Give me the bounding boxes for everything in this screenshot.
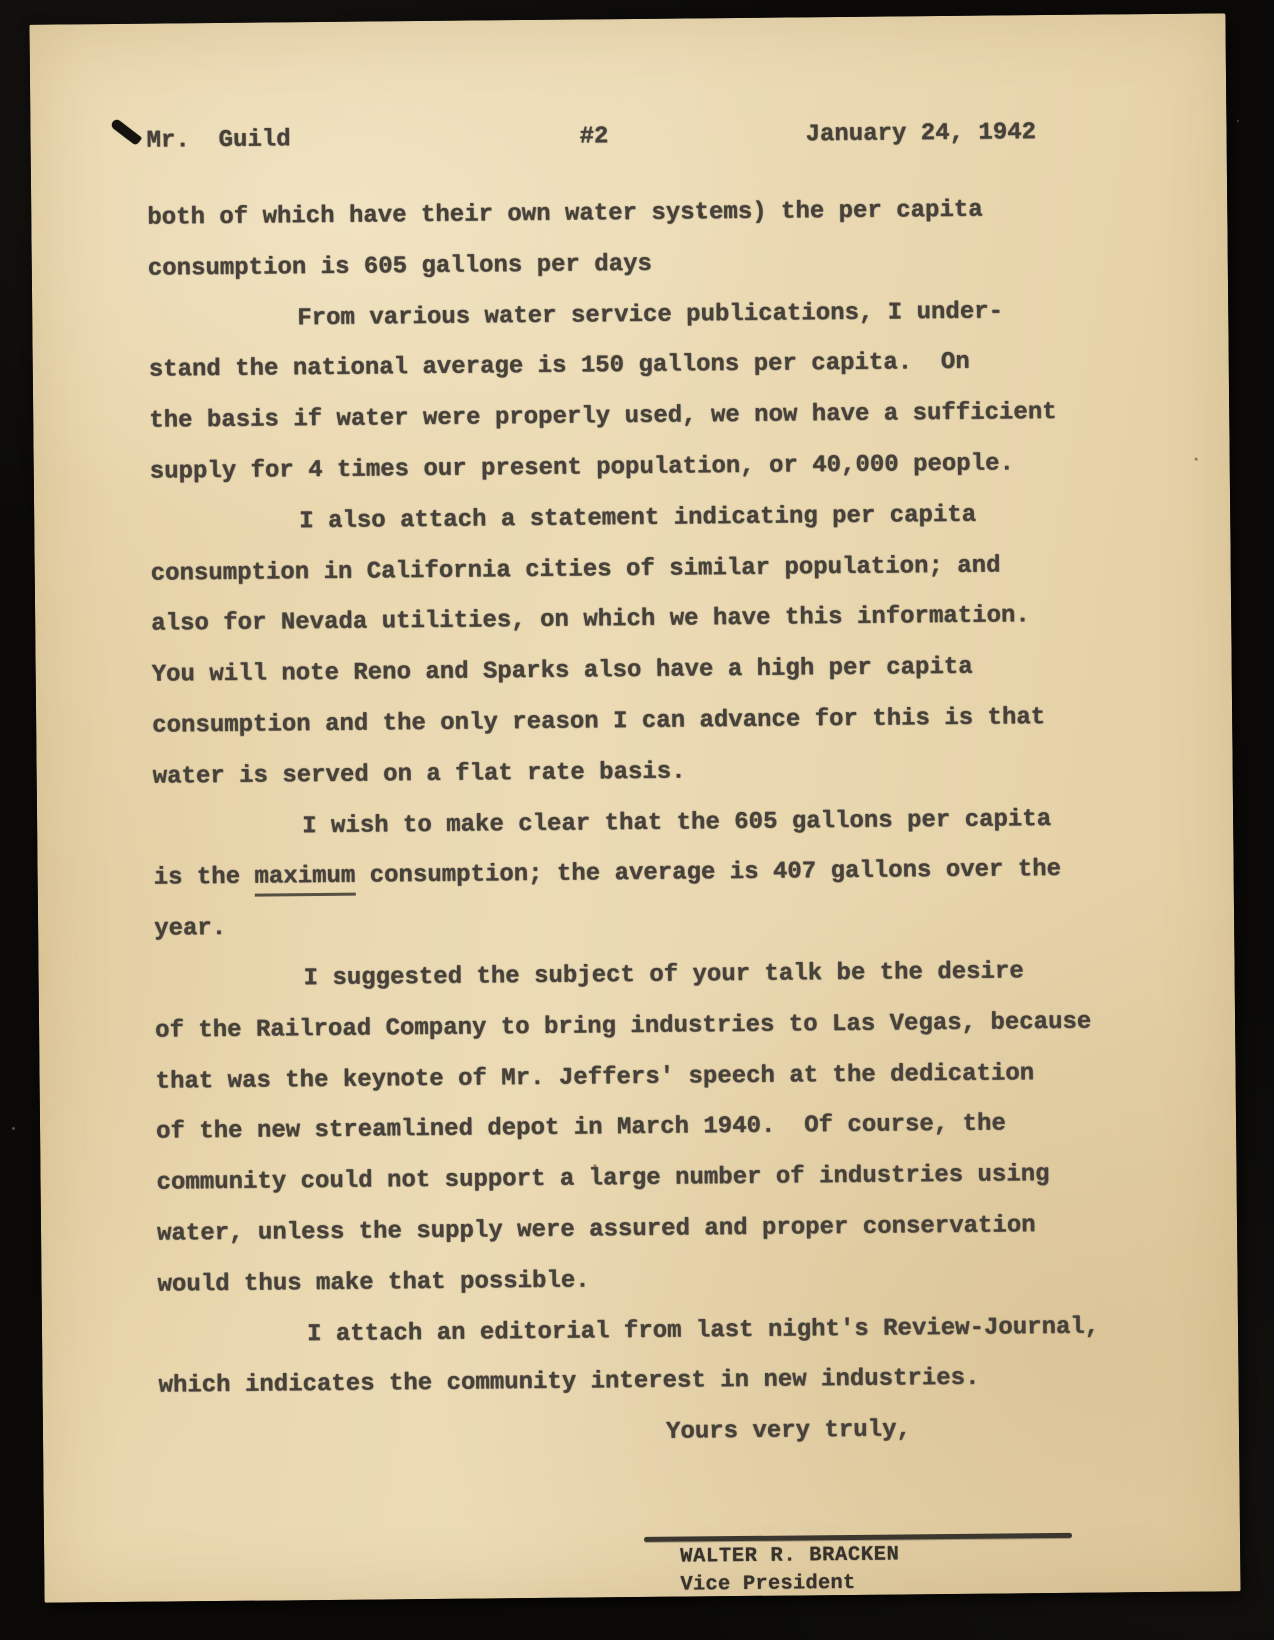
line-segment: consumption in California cities of simi… [151,552,1001,587]
line-segment: water is served on a flat rate basis. [153,758,686,790]
signature-rule [644,1533,1072,1542]
line-segment: I also attach a statement indicating per… [299,501,976,534]
body-line: of the Railroad Company to bring industr… [155,997,1165,1057]
body-line: I attach an editorial from last night's … [158,1301,1168,1361]
body-line: supply for 4 times our present populatio… [150,438,1160,498]
line-segment: both of which have their own water syste… [147,197,983,232]
line-segment: stand the national average is 150 gallon… [149,349,970,384]
signature-name: WALTER R. BRACKEN [680,1542,1072,1569]
line-segment: the basis if water were properly used, w… [149,399,1057,435]
letter-body: both of which have their own water syste… [147,184,1169,1464]
closing-salutation: Yours very truly, [159,1403,1169,1463]
letter-paper: Mr. Guild #2 January 24, 1942 both of wh… [29,13,1240,1602]
line-segment: year. [154,915,226,943]
line-segment: I suggested the subject of your talk be … [303,958,1023,992]
line-segment: which indicates the community interest i… [158,1365,979,1400]
letter-header: Mr. Guild #2 January 24, 1942 [30,117,1226,158]
line-segment: water, unless the supply were assured an… [157,1212,1036,1247]
line-segment: is the [154,864,255,892]
line-segment: I attach an editorial from last night's … [307,1313,1099,1348]
line-segment: also for Nevada utilities, on which we h… [151,603,1030,638]
paper-speck [593,1164,596,1167]
page-number: #2 [579,123,608,150]
line-segment: community could not support a large numb… [156,1161,1049,1197]
line-segment: I wish to make clear that the 605 gallon… [302,806,1051,840]
addressee: Mr. Guild [146,126,290,154]
paper-speck [1195,458,1198,461]
body-line: consumption and the only reason I can ad… [152,692,1162,752]
line-segment: consumption; the average is 407 gallons … [355,856,1061,890]
signature-block: WALTER R. BRACKEN Vice President [644,1533,1073,1597]
dust-speck [1237,120,1239,122]
line-segment: consumption is 605 gallons per days [148,251,652,283]
body-line: is the maximum consumption; the average … [153,844,1163,904]
letter-date: January 24, 1942 [805,119,1036,148]
line-segment: of the new streamlined depot in March 19… [156,1111,1006,1146]
body-line: that was the keynote of Mr. Jeffers' spe… [155,1047,1165,1107]
line-segment: of the Railroad Company to bring industr… [155,1008,1091,1044]
line-segment: You will note Reno and Sparks also have … [152,654,973,689]
line-segment: would thus make that possible. [157,1267,589,1298]
line-segment: From various water service publications,… [297,298,1003,332]
line-segment: supply for 4 times our present populatio… [150,450,1014,485]
body-line: also for Nevada utilities, on which we h… [151,590,1161,650]
scanned-letter-page: { "letter": { "header": { "addressee": "… [0,0,1274,1640]
body-line: water, unless the supply were assured an… [157,1200,1167,1260]
dust-speck [12,1127,15,1130]
signature-title: Vice President [680,1570,1072,1597]
line-segment: that was the keynote of Mr. Jeffers' spe… [155,1060,1034,1095]
line-segment: consumption and the only reason I can ad… [152,704,1045,740]
paper-speck [699,212,703,216]
body-line: I suggested the subject of your talk be … [154,946,1164,1006]
underlined-word: maximum [254,862,355,897]
